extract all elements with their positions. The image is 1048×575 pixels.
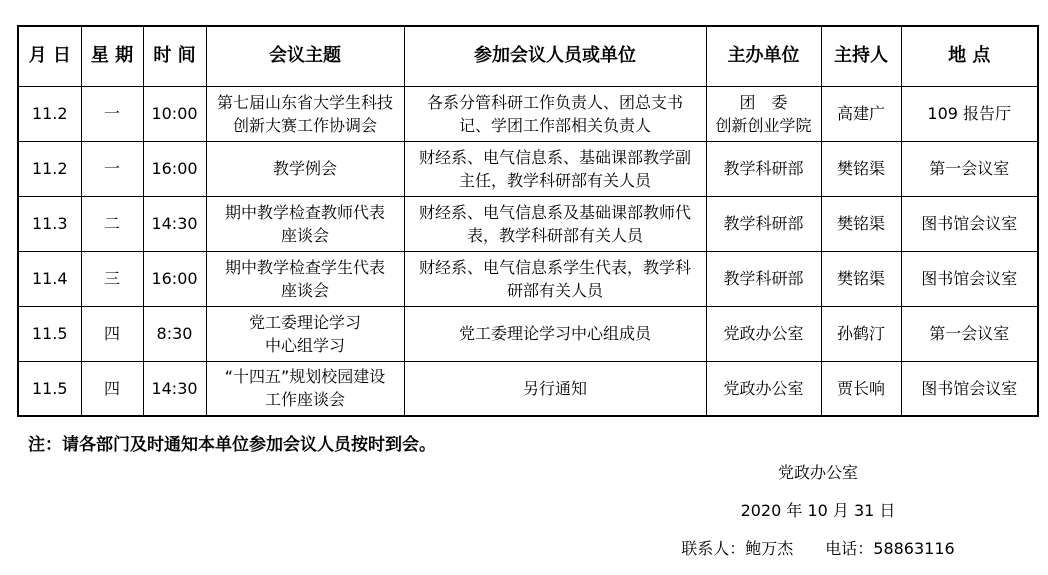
cell-time: 8:30 [143, 306, 206, 361]
table-row: 11.4 三 16:00 期中教学检查学生代表 座谈会 财经系、电气信息系学生代… [18, 251, 1038, 306]
cell-time: 16:00 [143, 141, 206, 196]
cell-organizer: 教学科研部 [706, 141, 821, 196]
cell-weekday: 四 [81, 361, 143, 416]
cell-time: 14:30 [143, 361, 206, 416]
table-row: 11.3 二 14:30 期中教学检查教师代表 座谈会 财经系、电气信息系及基础… [18, 196, 1038, 251]
header-location: 地 点 [901, 26, 1038, 86]
meeting-schedule-page: 月 日 星 期 时 间 会议主题 参加会议人员或单位 主办单位 主持人 地 点 … [0, 0, 1048, 575]
cell-topic: “十四五”规划校园建设 工作座谈会 [206, 361, 404, 416]
cell-host: 高建广 [821, 86, 901, 141]
cell-host: 孙鹤汀 [821, 306, 901, 361]
cell-organizer: 教学科研部 [706, 196, 821, 251]
cell-organizer: 教学科研部 [706, 251, 821, 306]
cell-weekday: 三 [81, 251, 143, 306]
cell-participants: 财经系、电气信息系学生代表，教学科 研部有关人员 [404, 251, 706, 306]
note-text: 注：请各部门及时通知本单位参加会议人员按时到会。 [28, 434, 436, 456]
cell-location: 图书馆会议室 [901, 196, 1038, 251]
cell-date: 11.5 [18, 306, 81, 361]
table-row: 11.2 一 16:00 教学例会 财经系、电气信息系、基础课部教学副 主任，教… [18, 141, 1038, 196]
cell-date: 11.4 [18, 251, 81, 306]
table-header-row: 月 日 星 期 时 间 会议主题 参加会议人员或单位 主办单位 主持人 地 点 [18, 26, 1038, 86]
cell-weekday: 一 [81, 141, 143, 196]
cell-host: 樊铭渠 [821, 196, 901, 251]
footer-contact: 联系人：鲍万杰 电话：58863116 [588, 540, 1048, 558]
cell-weekday: 四 [81, 306, 143, 361]
cell-host: 樊铭渠 [821, 251, 901, 306]
cell-date: 11.2 [18, 141, 81, 196]
cell-host: 贾长响 [821, 361, 901, 416]
cell-date: 11.5 [18, 361, 81, 416]
cell-participants: 财经系、电气信息系及基础课部教师代 表，教学科研部有关人员 [404, 196, 706, 251]
table-row: 11.5 四 14:30 “十四五”规划校园建设 工作座谈会 另行通知 党政办公… [18, 361, 1038, 416]
cell-weekday: 一 [81, 86, 143, 141]
header-time: 时 间 [143, 26, 206, 86]
cell-date: 11.3 [18, 196, 81, 251]
cell-organizer: 团 委 创新创业学院 [706, 86, 821, 141]
cell-organizer: 党政办公室 [706, 361, 821, 416]
cell-participants: 党工委理论学习中心组成员 [404, 306, 706, 361]
cell-topic: 期中教学检查教师代表 座谈会 [206, 196, 404, 251]
header-organizer: 主办单位 [706, 26, 821, 86]
cell-topic: 期中教学检查学生代表 座谈会 [206, 251, 404, 306]
cell-location: 第一会议室 [901, 141, 1038, 196]
meeting-schedule-table: 月 日 星 期 时 间 会议主题 参加会议人员或单位 主办单位 主持人 地 点 … [17, 25, 1039, 417]
cell-participants: 各系分管科研工作负责人、团总支书 记、学团工作部相关负责人 [404, 86, 706, 141]
cell-participants: 另行通知 [404, 361, 706, 416]
cell-time: 14:30 [143, 196, 206, 251]
footer-block: 党政办公室 2020 年 10 月 31 日 联系人：鲍万杰 电话：588631… [588, 464, 1048, 575]
header-participants: 参加会议人员或单位 [404, 26, 706, 86]
cell-time: 10:00 [143, 86, 206, 141]
cell-location: 图书馆会议室 [901, 361, 1038, 416]
cell-topic: 第七届山东省大学生科技 创新大赛工作协调会 [206, 86, 404, 141]
cell-organizer: 党政办公室 [706, 306, 821, 361]
cell-topic: 教学例会 [206, 141, 404, 196]
footer-department: 党政办公室 [588, 464, 1048, 482]
table-row: 11.2 一 10:00 第七届山东省大学生科技 创新大赛工作协调会 各系分管科… [18, 86, 1038, 141]
cell-location: 第一会议室 [901, 306, 1038, 361]
cell-date: 11.2 [18, 86, 81, 141]
header-date: 月 日 [18, 26, 81, 86]
header-weekday: 星 期 [81, 26, 143, 86]
cell-time: 16:00 [143, 251, 206, 306]
cell-weekday: 二 [81, 196, 143, 251]
cell-topic: 党工委理论学习 中心组学习 [206, 306, 404, 361]
table-row: 11.5 四 8:30 党工委理论学习 中心组学习 党工委理论学习中心组成员 党… [18, 306, 1038, 361]
cell-host: 樊铭渠 [821, 141, 901, 196]
header-topic: 会议主题 [206, 26, 404, 86]
header-host: 主持人 [821, 26, 901, 86]
cell-location: 图书馆会议室 [901, 251, 1038, 306]
cell-participants: 财经系、电气信息系、基础课部教学副 主任，教学科研部有关人员 [404, 141, 706, 196]
footer-date: 2020 年 10 月 31 日 [588, 502, 1048, 520]
cell-location: 109 报告厅 [901, 86, 1038, 141]
